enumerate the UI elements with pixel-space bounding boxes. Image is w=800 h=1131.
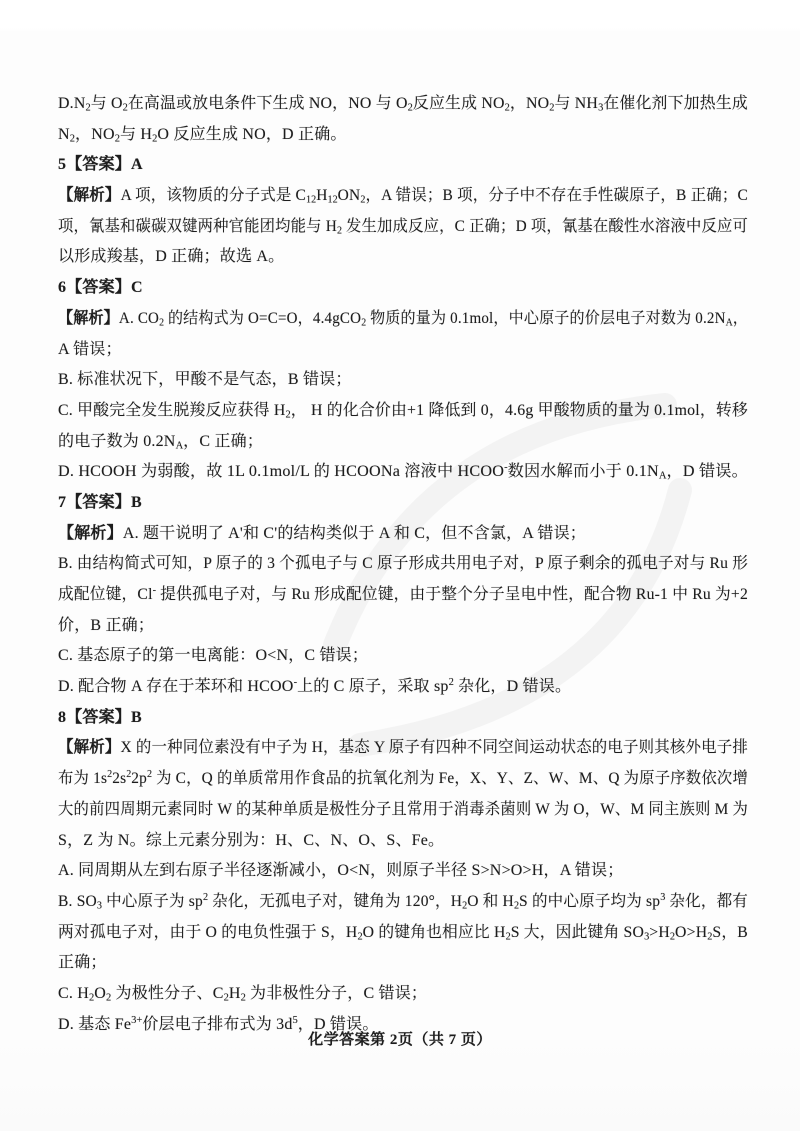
text-line: 的电子数为 0.2NA，C 正确；: [58, 427, 748, 458]
text-line-content: 布为 1s22s22p2 为 C，Q 的单质常用作食品的抗氧化剂为 Fe，X、Y…: [58, 764, 748, 795]
text-line-content: 两对孤电子对，由于 O 的电负性强于 S，H2O 的键角也相应比 H2S 大，因…: [58, 918, 748, 949]
text-line: 成配位键，Cl- 提供孤电子对，与 Ru 形成配位键，由于整个分子呈电中性，配合…: [58, 580, 748, 611]
page-footer-text: 化学答案第 2页（共 7 页）: [308, 1032, 492, 1048]
text-line: 【解析】X 的一种同位素没有中子为 H，基态 Y 原子有四种不同空间运动状态的电…: [58, 733, 748, 764]
text-line-content: S，Z 为 N。综上元素分别为：H、C、N、O、S、Fe。: [58, 826, 444, 857]
text-line: 8【答案】B: [58, 703, 748, 734]
answer-sheet-page: D.N2与 O2在高温或放电条件下生成 NO，NO 与 O2反应生成 NO2，N…: [0, 0, 800, 1131]
text-line: A 错误；: [58, 335, 748, 366]
text-line-content: 【解析】A. CO2 的结构式为 O=C=O，4.4gCO2 物质的量为 0.1…: [58, 304, 748, 335]
answer-text-block: D.N2与 O2在高温或放电条件下生成 NO，NO 与 O2反应生成 NO2，N…: [58, 89, 748, 1040]
text-line-content: A. 同周期从左到右原子半径逐渐减小，O<N，则原子半径 S>N>O>H，A 错…: [58, 856, 623, 887]
text-line: B. 标准状况下，甲酸不是气态，B 错误；: [58, 365, 748, 396]
text-line: D.N2与 O2在高温或放电条件下生成 NO，NO 与 O2反应生成 NO2，N…: [58, 89, 748, 120]
text-line: 正确；: [58, 948, 748, 979]
text-line-content: 【解析】X 的一种同位素没有中子为 H，基态 Y 原子有四种不同空间运动状态的电…: [58, 733, 748, 764]
text-line: 布为 1s22s22p2 为 C，Q 的单质常用作食品的抗氧化剂为 Fe，X、Y…: [58, 764, 748, 795]
text-line: S，Z 为 N。综上元素分别为：H、C、N、O、S、Fe。: [58, 826, 748, 857]
text-line: A. 同周期从左到右原子半径逐渐减小，O<N，则原子半径 S>N>O>H，A 错…: [58, 856, 748, 887]
text-line: C. 基态原子的第一电离能：O<N，C 错误；: [58, 641, 748, 672]
text-line-content: B. SO3 中心原子为 sp2 杂化，无孤电子对，键角为 120°，H2O 和…: [58, 887, 748, 918]
text-line-content: D. 配合物 A 存在于苯环和 HCOO-上的 C 原子，采取 sp2 杂化，D…: [58, 672, 571, 703]
text-line-content: C. H2O2 为极性分子、C2H2 为非极性分子，C 错误；: [58, 979, 427, 1010]
text-line-content: 【解析】A. 题干说明了 A'和 C'的结构类似于 A 和 C，但不含氯，A 错…: [58, 519, 586, 550]
text-line-content: C. 甲酸完全发生脱羧反应获得 H2， H 的化合价由+1 降低到 0，4.6g…: [58, 396, 748, 427]
text-line: 项，氰基和碳碳双键两种官能团均能与 H2 发生加成反应，C 正确；D 项，氰基在…: [58, 212, 748, 243]
text-line-content: 正确；: [58, 948, 107, 979]
text-line-content: N2，NO2与 H2O 反应生成 NO，D 正确。: [58, 120, 347, 151]
text-line: D. HCOOH 为弱酸，故 1L 0.1mol/L 的 HCOONa 溶液中 …: [58, 457, 748, 488]
text-line: B. 由结构简式可知，P 原子的 3 个孤电子与 C 原子形成共用电子对，P 原…: [58, 549, 748, 580]
text-line-content: 以形成羧基，D 正确；故选 A。: [58, 242, 284, 273]
text-line: 【解析】A 项，该物质的分子式是 C12H12ON2，A 错误；B 项，分子中不…: [58, 181, 748, 212]
text-line-content: 7【答案】B: [58, 488, 142, 519]
text-line-content: A 错误；: [58, 335, 122, 366]
text-line: 5【答案】A: [58, 150, 748, 181]
text-line: 7【答案】B: [58, 488, 748, 519]
text-line: 价，B 正确；: [58, 611, 748, 642]
text-line-content: 项，氰基和碳碳双键两种官能团均能与 H2 发生加成反应，C 正确；D 项，氰基在…: [58, 212, 748, 243]
text-line-content: 的电子数为 0.2NA，C 正确；: [58, 427, 263, 458]
text-line: 两对孤电子对，由于 O 的电负性强于 S，H2O 的键角也相应比 H2S 大，因…: [58, 918, 748, 949]
text-line: 【解析】A. 题干说明了 A'和 C'的结构类似于 A 和 C，但不含氯，A 错…: [58, 519, 748, 550]
text-line: 【解析】A. CO2 的结构式为 O=C=O，4.4gCO2 物质的量为 0.1…: [58, 304, 748, 335]
text-line-content: D.N2与 O2在高温或放电条件下生成 NO，NO 与 O2反应生成 NO2，N…: [58, 89, 748, 120]
text-line-content: B. 由结构简式可知，P 原子的 3 个孤电子与 C 原子形成共用电子对，P 原…: [58, 549, 748, 580]
text-line: C. H2O2 为极性分子、C2H2 为非极性分子，C 错误；: [58, 979, 748, 1010]
text-line: 大的前四周期元素同时 W 的某种单质是极性分子且常用于消毒杀菌则 W 为 O，W…: [58, 795, 748, 826]
page-footer: 化学答案第 2页（共 7 页）: [0, 1028, 800, 1049]
text-line-content: B. 标准状况下，甲酸不是气态，B 错误；: [58, 365, 352, 396]
text-line: D. 配合物 A 存在于苯环和 HCOO-上的 C 原子，采取 sp2 杂化，D…: [58, 672, 748, 703]
text-line-content: 【解析】A 项，该物质的分子式是 C12H12ON2，A 错误；B 项，分子中不…: [58, 181, 748, 212]
text-line-content: 8【答案】B: [58, 703, 142, 734]
text-line-content: 5【答案】A: [58, 150, 143, 181]
text-line-content: 6【答案】C: [58, 273, 143, 304]
text-line: 以形成羧基，D 正确；故选 A。: [58, 242, 748, 273]
text-line-content: 大的前四周期元素同时 W 的某种单质是极性分子且常用于消毒杀菌则 W 为 O，W…: [58, 795, 748, 826]
text-line-content: D. HCOOH 为弱酸，故 1L 0.1mol/L 的 HCOONa 溶液中 …: [58, 457, 748, 488]
text-line: N2，NO2与 H2O 反应生成 NO，D 正确。: [58, 120, 748, 151]
text-line-content: 价，B 正确；: [58, 611, 154, 642]
text-line-content: 成配位键，Cl- 提供孤电子对，与 Ru 形成配位键，由于整个分子呈电中性，配合…: [58, 580, 748, 611]
text-line: 6【答案】C: [58, 273, 748, 304]
text-line: B. SO3 中心原子为 sp2 杂化，无孤电子对，键角为 120°，H2O 和…: [58, 887, 748, 918]
text-line: C. 甲酸完全发生脱羧反应获得 H2， H 的化合价由+1 降低到 0，4.6g…: [58, 396, 748, 427]
text-line-content: C. 基态原子的第一电离能：O<N，C 错误；: [58, 641, 368, 672]
